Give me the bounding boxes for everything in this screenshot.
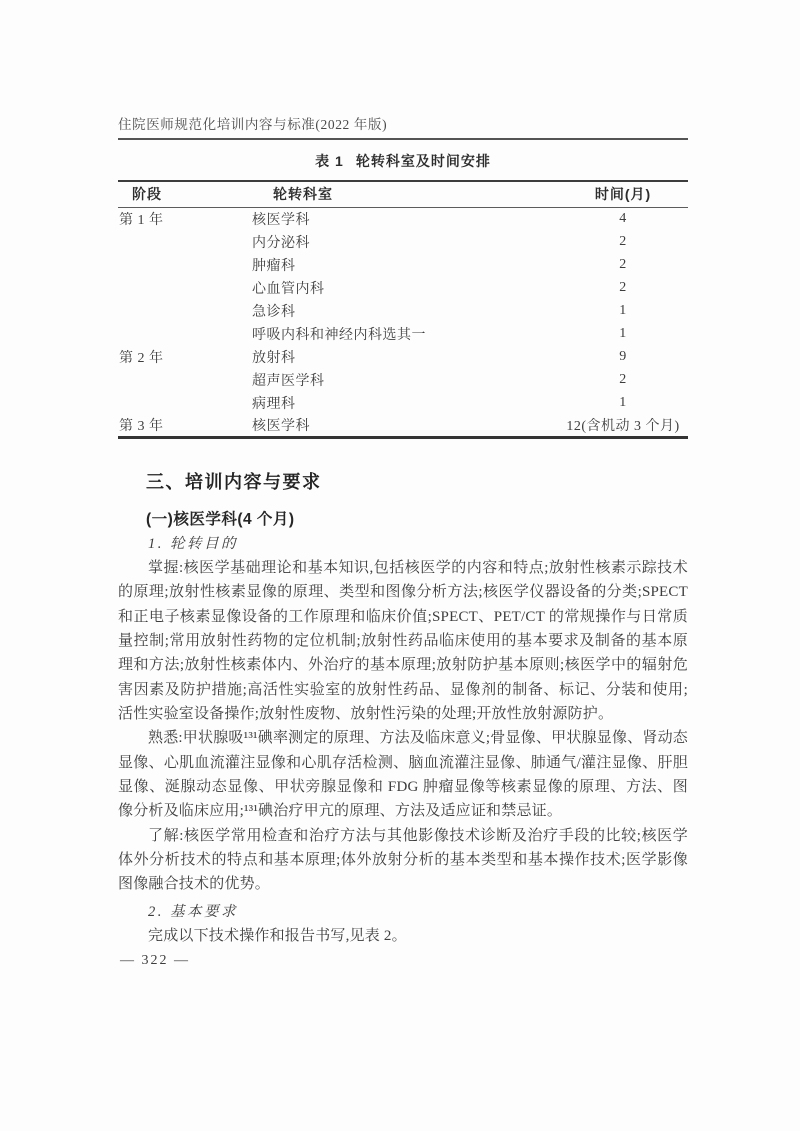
table-row: 第 1 年 核医学科 4 [118,207,688,230]
table-row: 心血管内科 2 [118,276,688,299]
table-row: 急诊科 1 [118,299,688,322]
department-cell: 内分泌科 [252,230,558,253]
paragraph-familiar: 熟悉:甲状腺吸¹³¹碘率测定的原理、方法及临床意义;骨显像、甲状腺显像、肾动态显… [118,726,688,823]
department-cell: 核医学科 [252,207,558,230]
item-1-rotation-purpose: 1. 轮转目的 [118,532,688,556]
document-page: 住院医师规范化培训内容与标准(2022 年版) 表 1轮转科室及时间安排 阶段 … [0,0,800,1131]
subsection-heading: (一)核医学科(4 个月) [118,510,688,529]
table-row: 第 3 年 核医学科 12(含机动 3 个月) [118,414,688,437]
table-row: 内分泌科 2 [118,230,688,253]
department-cell: 心血管内科 [252,276,558,299]
table-caption-title: 轮转科室及时间安排 [356,153,491,169]
table-caption-label: 表 1 [315,153,344,169]
stage-cell [118,322,252,345]
months-cell: 2 [558,276,688,299]
months-cell: 2 [558,368,688,391]
table-caption: 表 1轮转科室及时间安排 [118,153,688,170]
stage-cell [118,299,252,322]
table-header-row: 阶段 轮转科室 时间(月) [118,181,688,207]
stage-cell: 第 3 年 [118,414,252,437]
department-cell: 核医学科 [252,414,558,437]
stage-cell: 第 1 年 [118,207,252,230]
stage-cell [118,276,252,299]
stage-cell: 第 2 年 [118,345,252,368]
stage-cell [118,391,252,414]
months-cell: 4 [558,207,688,230]
department-cell: 呼吸内科和神经内科选其一 [252,322,558,345]
page-number: — 322 — [118,949,688,973]
page-content: 住院医师规范化培训内容与标准(2022 年版) 表 1轮转科室及时间安排 阶段 … [118,0,688,974]
department-cell: 超声医学科 [252,368,558,391]
column-header-stage: 阶段 [118,181,252,207]
department-cell: 急诊科 [252,299,558,322]
table-row: 超声医学科 2 [118,368,688,391]
stage-cell [118,368,252,391]
section-heading: 三、培训内容与要求 [118,471,688,493]
table-body: 第 1 年 核医学科 4 内分泌科 2 肿瘤科 2 心血管内科 2 [118,207,688,437]
paragraph-complete: 完成以下技术操作和报告书写,见表 2。 [118,924,688,948]
paragraph-know: 了解:核医学常用检查和治疗方法与其他影像技术诊断及治疗手段的比较;核医学体外分析… [118,824,688,897]
months-cell: 2 [558,230,688,253]
paragraph-grasp: 掌握:核医学基础理论和基本知识,包括核医学的内容和特点;放射性核素示踪技术的原理… [118,556,688,726]
months-cell: 1 [558,391,688,414]
months-cell: 9 [558,345,688,368]
department-cell: 肿瘤科 [252,253,558,276]
table-row: 病理科 1 [118,391,688,414]
item-2-basic-requirements: 2. 基本要求 [118,900,688,924]
months-cell: 1 [558,299,688,322]
table-row: 第 2 年 放射科 9 [118,345,688,368]
department-cell: 放射科 [252,345,558,368]
rotation-schedule-table: 阶段 轮转科室 时间(月) 第 1 年 核医学科 4 内分泌科 2 [118,180,688,439]
months-cell: 12(含机动 3 个月) [558,414,688,437]
header-rule [118,138,688,140]
column-header-months: 时间(月) [558,181,688,207]
column-header-department: 轮转科室 [252,181,558,207]
table-row: 呼吸内科和神经内科选其一 1 [118,322,688,345]
months-cell: 2 [558,253,688,276]
department-cell: 病理科 [252,391,558,414]
stage-cell [118,230,252,253]
table-row: 肿瘤科 2 [118,253,688,276]
months-cell: 1 [558,322,688,345]
running-header: 住院医师规范化培训内容与标准(2022 年版) [118,0,688,133]
stage-cell [118,253,252,276]
